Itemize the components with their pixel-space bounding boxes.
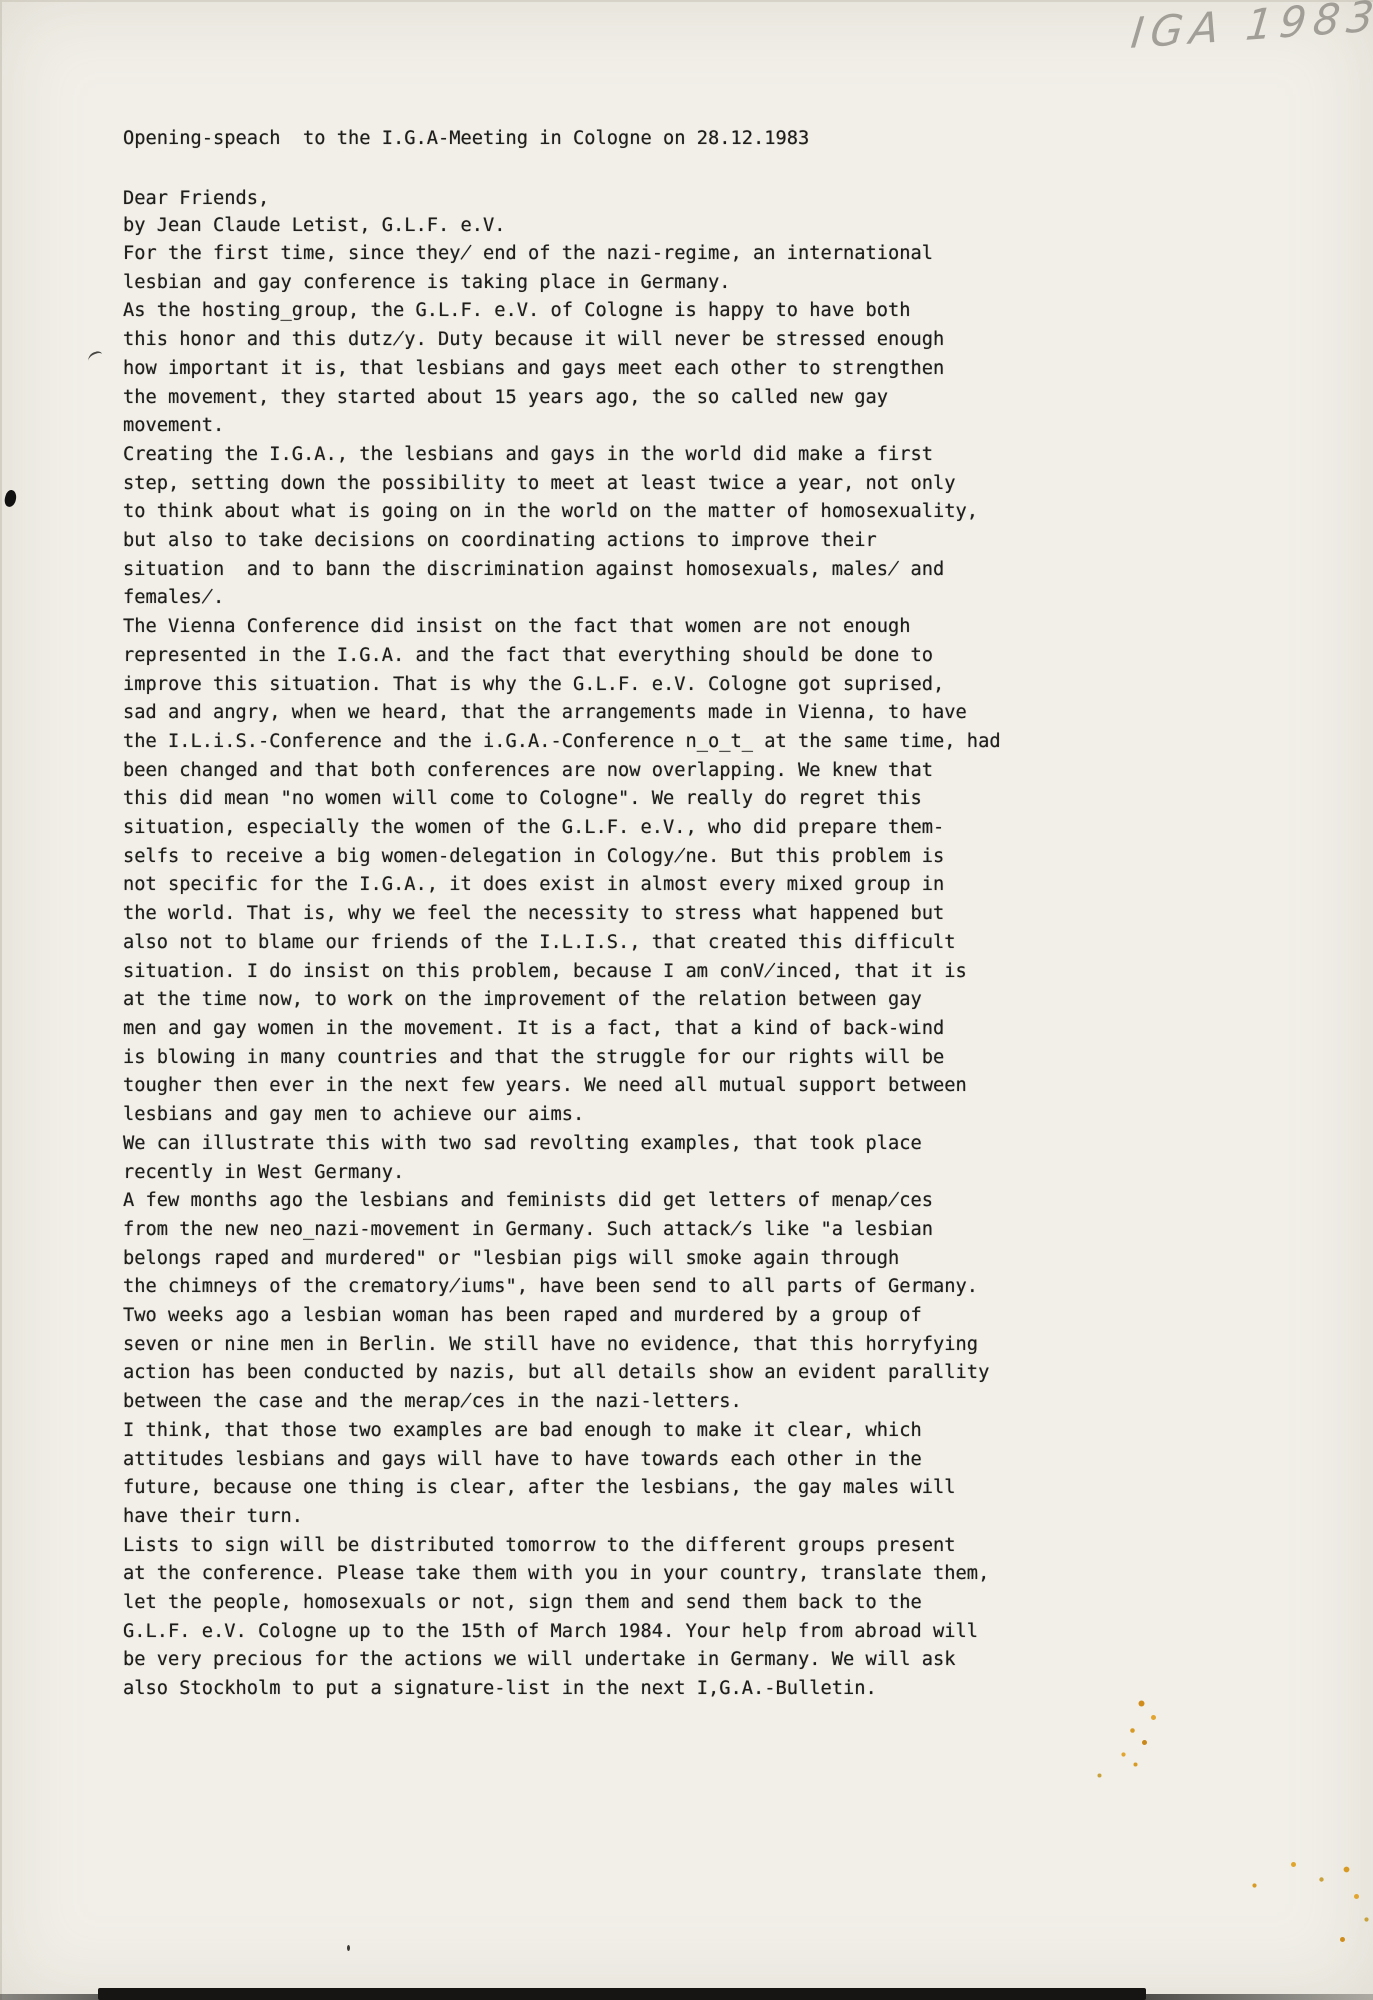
text-line: situation. I do insist on this problem, … [123,958,1001,987]
text-line: G.L.F. e.V. Cologne up to the 15th of Ma… [123,1618,1001,1647]
ink-blot-mark [3,489,18,508]
text-line: attitudes lesbians and gays will have to… [123,1446,1001,1475]
text-line: selfs to receive a big women-delegation … [123,843,1001,872]
handwritten-annotation: IGA 1983 [1129,0,1373,58]
text-line: action has been conducted by nazis, but … [123,1359,1001,1388]
text-line: to think about what is going on in the w… [123,498,1001,527]
text-line: let the people, homosexuals or not, sign… [123,1589,1001,1618]
text-line: have their turn. [123,1503,1001,1532]
text-line: the I.L.i.S.-Conference and the i.G.A.-C… [123,728,1001,757]
text-line: belongs raped and murdered" or "lesbian … [123,1245,1001,1274]
text-line: We can illustrate this with two sad revo… [123,1130,1001,1159]
text-line: this honor and this dutz̸y. Duty because… [123,326,1001,355]
text-line: this did mean "no women will come to Col… [123,785,1001,814]
text-line: the world. That is, why we feel the nece… [123,900,1001,929]
text-line: recently in West Germany. [123,1159,1001,1188]
text-line: I think, that those two examples are bad… [123,1417,1001,1446]
text-line: The Vienna Conference did insist on the … [123,613,1001,642]
text-line: at the conference. Please take them with… [123,1560,1001,1589]
text-line: Lists to sign will be distributed tomorr… [123,1532,1001,1561]
text-line: situation and to bann the discrimination… [123,556,1001,585]
text-line: but also to take decisions on coordinati… [123,527,1001,556]
text-line: men and gay women in the movement. It is… [123,1015,1001,1044]
text-line: sad and angry, when we heard, that the a… [123,699,1001,728]
text-line: between the case and the merap̸ces in th… [123,1388,1001,1417]
text-line: the chimneys of the crematory̸iums", hav… [123,1273,1001,1302]
text-line: As the hosting_group, the G.L.F. e.V. of… [123,297,1001,326]
scan-edge-band [98,1988,1146,2000]
text-line: lesbians and gay men to achieve our aims… [123,1101,1001,1130]
scanned-page: IGA 1983 Opening-speach to the I.G.A-Mee… [0,0,1373,2000]
text-line: Creating the I.G.A., the lesbians and ga… [123,441,1001,470]
text-line: movement. [123,412,1001,441]
letter-body: For the first time, since they̸ end of t… [123,240,1001,1704]
text-line: step, setting down the possibility to me… [123,470,1001,499]
text-line: also not to blame our friends of the I.L… [123,929,1001,958]
text-line: For the first time, since they̸ end of t… [123,240,1001,269]
text-line: not specific for the I.G.A., it does exi… [123,871,1001,900]
text-line: lesbian and gay conference is taking pla… [123,269,1001,298]
text-line: Two weeks ago a lesbian woman has been r… [123,1302,1001,1331]
text-line: seven or nine men in Berlin. We still ha… [123,1331,1001,1360]
text-line: be very precious for the actions we will… [123,1646,1001,1675]
text-line: future, because one thing is clear, afte… [123,1474,1001,1503]
text-line: situation, especially the women of the G… [123,814,1001,843]
title-line: Opening-speach to the I.G.A-Meeting in C… [123,125,809,154]
text-line: from the new neo_nazi-movement in German… [123,1216,1001,1245]
author-line: by Jean Claude Letist, G.L.F. e.V. [123,212,809,241]
text-line: improve this situation. That is why the … [123,671,1001,700]
ink-dot-mark [347,1945,350,1951]
text-line: is blowing in many countries and that th… [123,1044,1001,1073]
text-line: tougher then ever in the next few years.… [123,1072,1001,1101]
text-line: at the time now, to work on the improvem… [123,986,1001,1015]
salutation: Dear Friends, [123,185,269,214]
text-line: the movement, they started about 15 year… [123,384,1001,413]
orange-specks [0,0,3,3]
text-line: been changed and that both conferences a… [123,757,1001,786]
text-line: represented in the I.G.A. and the fact t… [123,642,1001,671]
text-line: females̸. [123,584,1001,613]
ink-squiggle-mark [87,350,105,365]
text-line: how important it is, that lesbians and g… [123,355,1001,384]
text-line: A few months ago the lesbians and femini… [123,1187,1001,1216]
text-line: also Stockholm to put a signature-list i… [123,1675,1001,1704]
